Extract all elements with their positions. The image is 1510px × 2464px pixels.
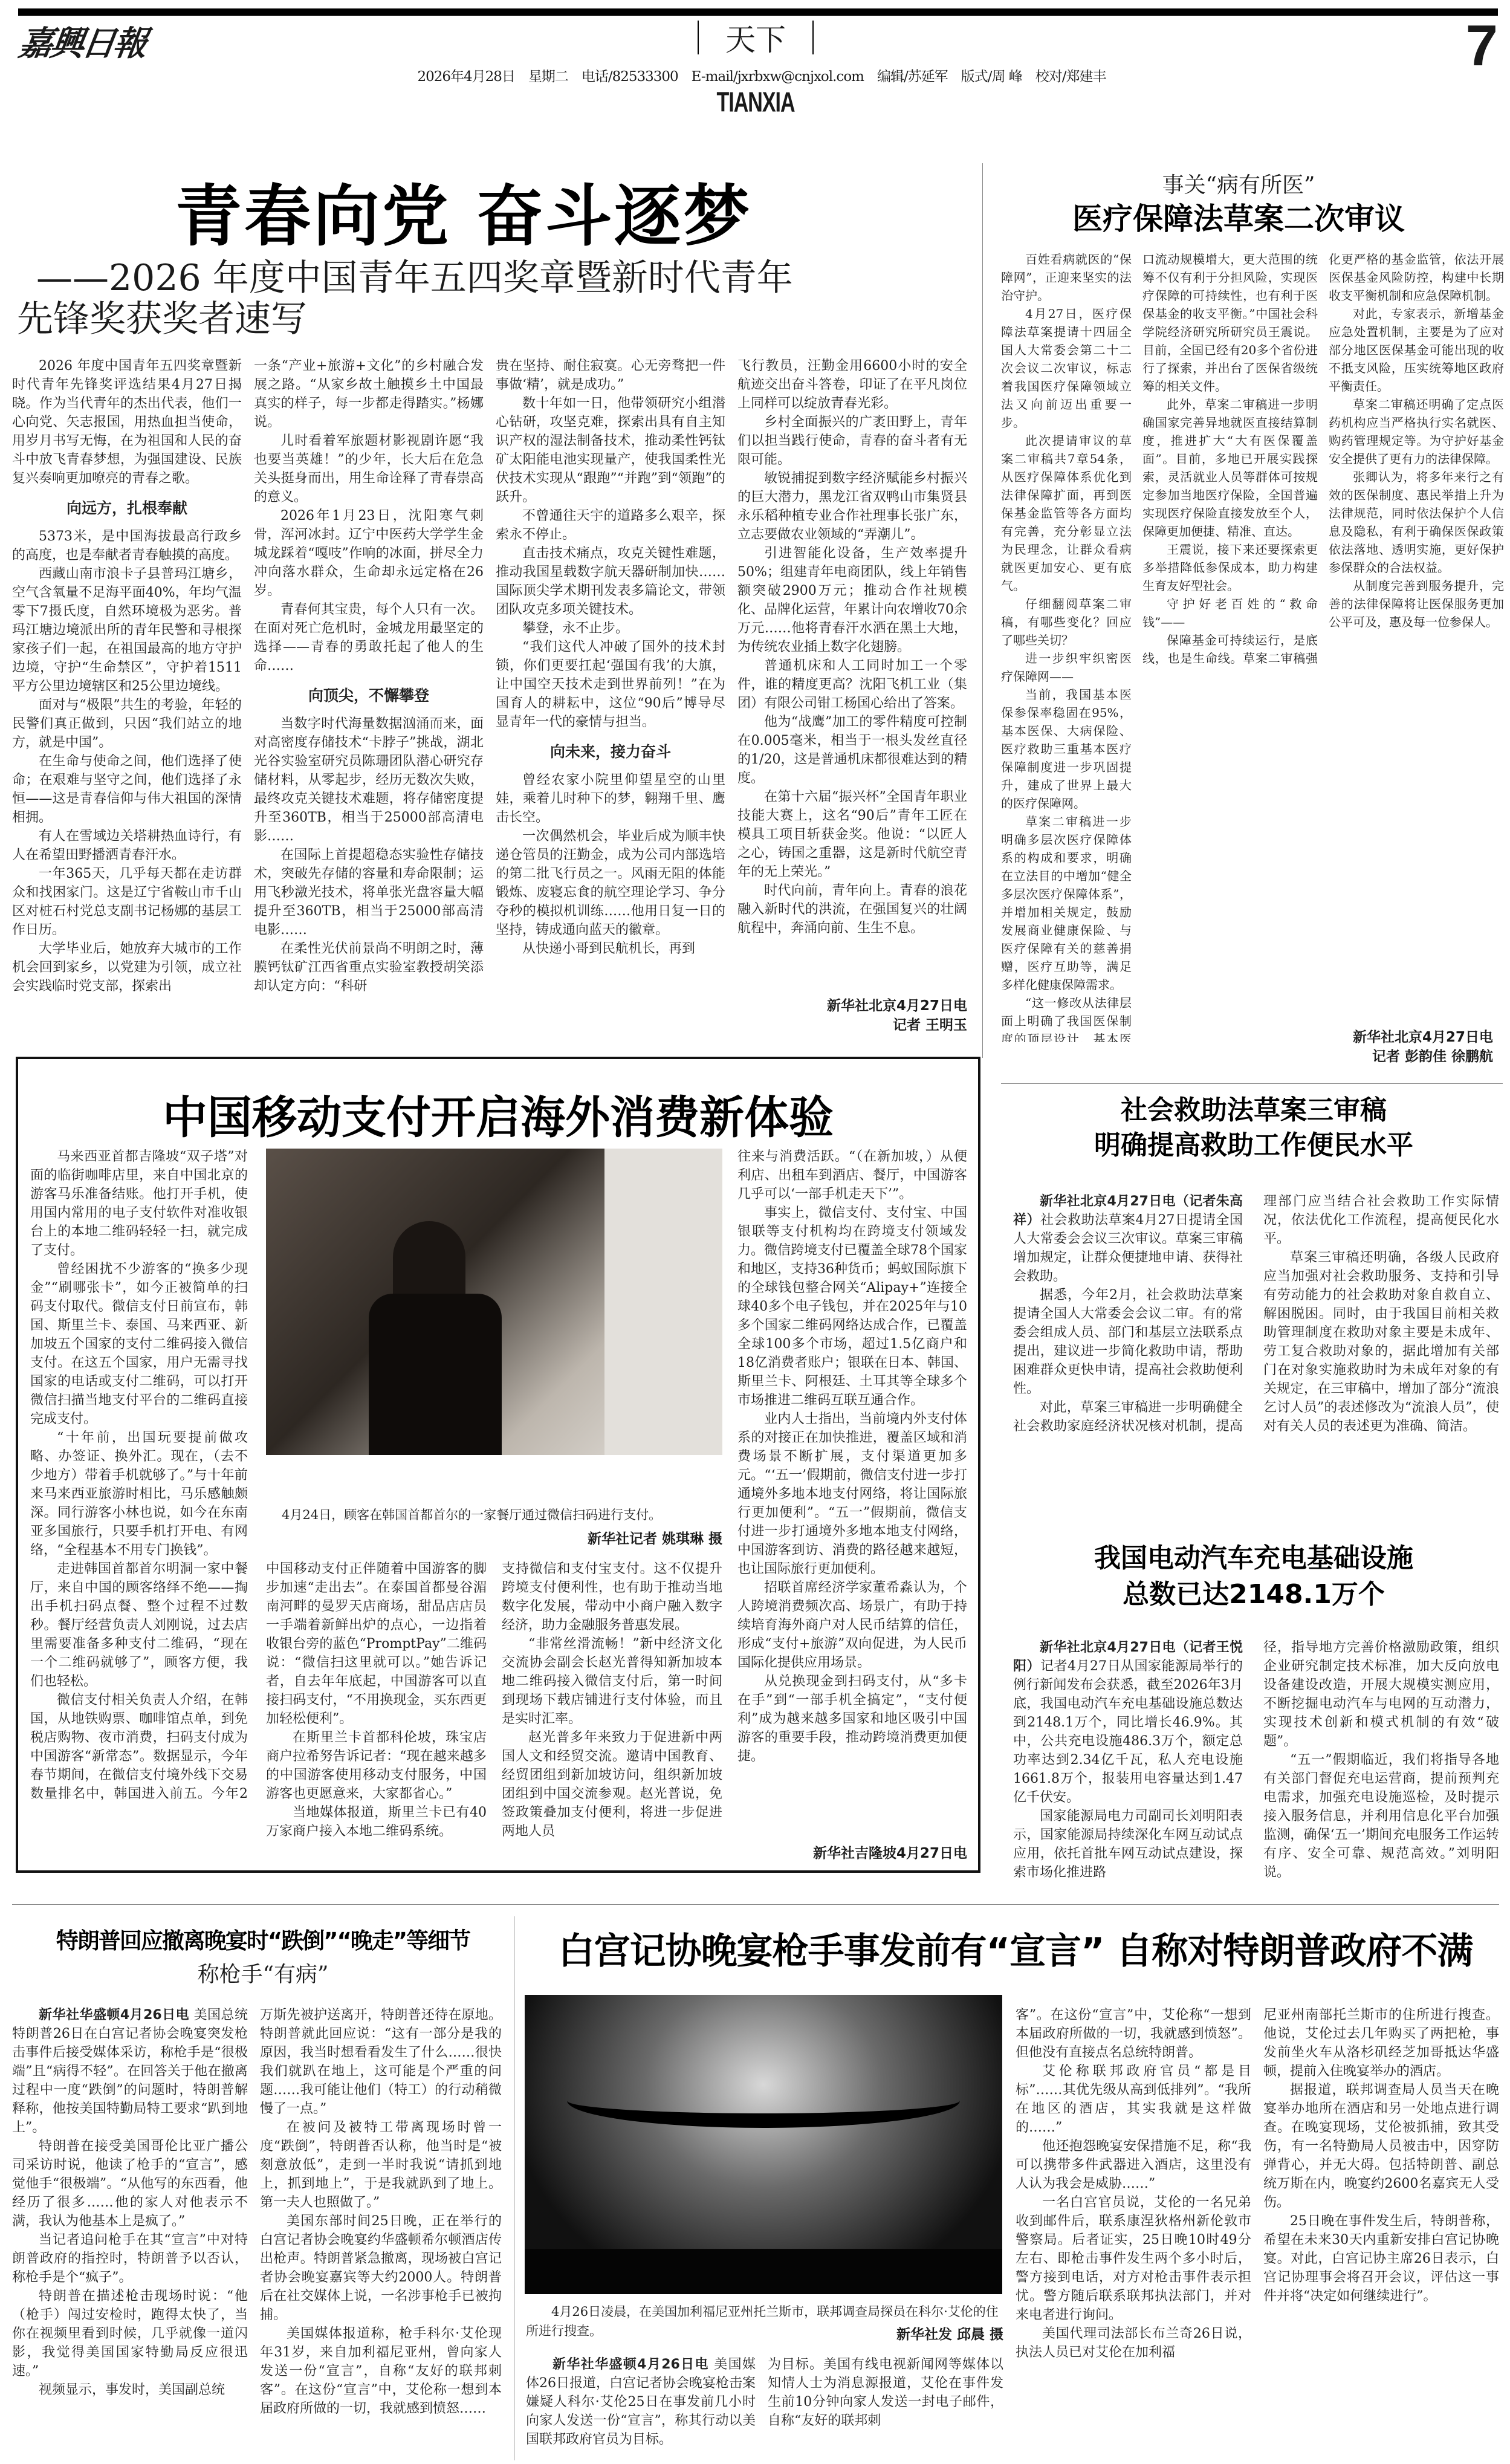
- paragraph: 他还抱怨晚宴安保措施不足，称“我可以携带多件武器进入酒店，这里没有人认为我会是威…: [1016, 2137, 1251, 2193]
- page-number: 7: [1466, 17, 1498, 75]
- newspaper-logo: 嘉興日報: [16, 17, 148, 65]
- social-aid-column-1: 新华社北京4月27日电（记者朱高祥）社会救助法草案4月27日提请全国人大常委会会…: [1013, 1192, 1243, 1434]
- whca-photo: [525, 1995, 1002, 2294]
- trump-column-2: 万斯先被护送离开，特朗普还待在原地。特朗普就此回应说：“这有一部分是我的原因，我…: [260, 2006, 502, 2459]
- paragraph: 口流动规模增大，更大范围的统筹不仅有利于分担风险，实现医疗保障的可持续性，也有利…: [1142, 250, 1318, 395]
- youth-column-4: 飞行教员，汪勤金用6600小时的安全航迹交出奋斗答卷，印证了在平凡岗位上同样可以…: [737, 357, 967, 1052]
- trump-headline: 特朗普回应撤离晚宴时“跌倒”“晚走”等细节: [12, 1922, 514, 1955]
- photo-foreground: [604, 1149, 722, 1455]
- trump-column-1: 新华社华盛顿4月26日电 美国总统特朗普26日在白宫记者协会晚宴突发枪击事件后接…: [12, 2006, 248, 2459]
- mobile-pay-column-4: 往来与消费活跃。“（在新加坡，）从便利店、出租车到酒店、餐厅，中国游客几乎可以‘…: [737, 1147, 967, 1837]
- paragraph: 事实上，微信支付、支付宝、中国银联等支付机构均在跨境支付领域发力。微信跨境支付已…: [737, 1204, 967, 1410]
- paragraph: 艾伦称联邦政府官员“都是目标”……其优先级从高到低排列”。“我所在地区的酒店，其…: [1016, 2062, 1251, 2137]
- paragraph: “这一修改从法律层面上明确了我国医保制度的顶层设计，基本医保为主体，大病保险、医…: [1001, 994, 1132, 1042]
- paragraph: 张卿认为，将多年来行之有效的医保制度、惠民举措上升为法律规范，同时依法保护个人信…: [1329, 468, 1504, 577]
- paragraph: 万斯先被护送离开，特朗普还待在原地。特朗普就此回应说：“这有一部分是我的原因，我…: [260, 2006, 502, 2118]
- paragraph: 理部门应当结合社会救助工作实际情况，依法优化工作流程，提高便民化水平。: [1263, 1192, 1499, 1248]
- paragraph: 新华社北京4月27日电（记者朱高祥）社会救助法草案4月27日提请全国人大常委会会…: [1013, 1192, 1243, 1286]
- paragraph: 据报道，联邦调查局人员当天在晚宴举办地所在酒店和另一处地点进行调查。在晚宴现场，…: [1263, 2081, 1499, 2212]
- medical-column-1: 百姓看病就医的“保障网”，正迎来坚实的法治守护。 4月27日，医疗保障法草案提请…: [1001, 250, 1132, 1042]
- mobile-pay-headline: 中国移动支付开启海外消费新体验: [16, 1082, 980, 1146]
- paragraph: 数十年如一日，他带领研究小组潜心钻研，攻坚克难，探索出具有自主知识产权的湿法制备…: [496, 394, 725, 507]
- paragraph: “五一”假期临近，我们将指导各地有关部门督促充电运营商，提前预判充电需求，加强充…: [1263, 1751, 1499, 1882]
- photo-figure-body: [369, 1294, 502, 1455]
- whca-column-4: 尼亚州南部托兰斯市的住所进行搜查。他说，艾伦过去几年购买了两把枪，事发前坐火车从…: [1263, 2006, 1499, 2459]
- paragraph: 大学毕业后，她放弃大城市的工作机会回到家乡，以党建为引领，成立社会实践临时党支部…: [12, 939, 242, 996]
- paragraph: 不曾通往天宇的道路多么艰辛，探索永不停止。: [496, 507, 725, 544]
- paragraph: “十年前，出国玩要提前做攻略、办签证、换外汇。现在，（去不少地方）带着手机就够了…: [30, 1428, 248, 1560]
- paragraph: 一条“产业+旅游+文化”的乡村融合发展之路。“从家乡故土触摸乡土中国最真实的样子…: [254, 357, 484, 432]
- mobile-pay-caption: 4月24日，顾客在韩国首都首尔的一家餐厅通过微信扫码进行支付。: [282, 1505, 723, 1525]
- headline-line-1: 我国电动汽车充电基础设施: [997, 1540, 1510, 1577]
- social-aid-headline: 社会救助法草案三审稿 明确提高救助工作便民水平: [997, 1093, 1510, 1163]
- paragraph: 儿时看着军旅题材影视剧许愿“我也要当英雄！”的少年，长大后在危急关头挺身而出，用…: [254, 432, 484, 507]
- paragraph: 客”。在这份“宣言”中，艾伦称“一想到本届政府所做的一切，我就感到愤怒”。但他没…: [1016, 2006, 1251, 2062]
- paragraph: 进一步织牢织密医疗保障网——: [1001, 649, 1132, 686]
- edition-meta: 2026年4月28日 星期二 电话/82533300 E-mail/jxrbxw…: [387, 65, 1136, 85]
- paragraph: 此次提请审议的草案二审稿共7章54条，从医疗保障体系优化到法律保障扩面，再到医保…: [1001, 432, 1132, 595]
- photo-awning: [567, 2073, 960, 2128]
- paragraph: 25日晚在事件发生后，特朗普称，希望在未来30天内重新安排白宫记协晚宴。对此，白…: [1263, 2212, 1499, 2306]
- headline-line-2: 明确提高救助工作便民水平: [997, 1128, 1510, 1163]
- medical-headline: 医疗保障法草案二次审议: [967, 195, 1510, 238]
- lead-text: 社会救助法草案4月27日提请全国人大常委会会议三次审议。草案三审稿增加规定，让群…: [1013, 1213, 1243, 1284]
- whca-photo-credit: 新华社发 邱晨 摄: [526, 2325, 1003, 2344]
- paragraph: 为目标。美国有线电视新闻网等媒体以知情人士为消息源报道，艾伦在事件发生前10分钟…: [768, 2355, 1003, 2430]
- lead-dateline: 新华社华盛顿4月26日电: [39, 2008, 189, 2023]
- paragraph: 草案二审稿进一步明确多层次医疗保障体系的构成和要求，明确在立法目的中增加“健全多…: [1001, 812, 1132, 994]
- lead-text: 美国总统特朗普26日在白宫记者协会晚宴突发枪击事件后接受媒体采访，称枪手是“很极…: [12, 2008, 248, 2135]
- paragraph: 有人在雪域边关塔耕热血诗行，有人在希望田野播洒青春汗水。: [12, 827, 242, 864]
- paragraph: 在国际上首提超稳态实验性存储技术，突破先存储的容量和寿命限制；运用飞秒激光技术，…: [254, 846, 484, 939]
- paragraph: 青春何其宝贵，每个人只有一次。在面对死亡危机时，金城龙用最坚定的选择——青春的勇…: [254, 600, 484, 675]
- paragraph: 从兑换现金到扫码支付，从“多卡在手”到“一部手机全搞定”，“支付便利”成为越来越…: [737, 1672, 967, 1766]
- whca-column-2: 为目标。美国有线电视新闻网等媒体以知情人士为消息源报道，艾伦在事件发生前10分钟…: [768, 2355, 1003, 2461]
- paragraph: 当记者追问枪手在其“宣言”中对特朗普政府的指控时，特朗普予以否认，称枪手是个“疯…: [12, 2231, 248, 2287]
- paragraph: 守护好老百姓的“救命钱”——: [1142, 595, 1318, 631]
- paragraph: 2026 年度中国青年五四奖章暨新时代青年先锋奖评选结果4月27日揭晓。作为当代…: [12, 357, 242, 488]
- paragraph: 当数字时代海量数据汹涌而来，面对高密度存储技术“卡脖子”挑战，湖北光谷实验室研究…: [254, 715, 484, 846]
- paragraph: 微信支付相关负责人介绍，在韩国，从地铁购票、咖啡馆点单，到免税店购物、夜市消费，…: [30, 1691, 248, 1800]
- section-pinyin: TIANXIA: [659, 87, 852, 119]
- paragraph: 直击技术痛点，攻克关键性难题，推动我国星载数字航天器研制加快……国际顶尖学术期刊…: [496, 544, 725, 619]
- paragraph: 美国东部时间25日晚，正在举行的白宫记者协会晚宴约华盛顿希尔顿酒店传出枪声。特朗…: [260, 2212, 502, 2324]
- reporter: 记者 彭韵佳 徐鹏航: [1142, 1047, 1493, 1066]
- paragraph: “非常丝滑流畅！”新中经济文化交流协会副会长赵光普得知新加坡本地二维码接入微信支…: [502, 1635, 722, 1728]
- reporter: 记者 王明玉: [737, 1016, 967, 1035]
- paragraph: 美国代理司法部长布兰奇26日说，执法人员已对艾伦在加利福: [1016, 2324, 1251, 2362]
- paragraph: 百姓看病就医的“保障网”，正迎来坚实的法治守护。: [1001, 250, 1132, 305]
- section-name: 天下: [725, 16, 786, 59]
- paragraph: 面对与“极限”共生的考验，年轻的民警们真正做到，只因“我们站立的地方，就是中国”…: [12, 696, 242, 752]
- paragraph: “我们这代人冲破了国外的技术封锁，你们更要扛起‘强国有我’的大旗，让中国空天技术…: [496, 638, 725, 731]
- paragraph: 中国移动支付正伴随着中国游客的脚步加速“走出去”。在泰国首都曼谷湄南河畔的曼罗天…: [266, 1560, 487, 1728]
- paragraph: 曾经困扰不少游客的“换多少现金”“刷哪张卡”，如今正被简单的扫码支付取代。微信支…: [30, 1260, 248, 1428]
- subhead: 向远方，扎根奉献: [12, 499, 242, 517]
- section-divider: [812, 21, 814, 54]
- paragraph: 在生命与使命之间，他们选择了使命；在艰难与坚守之间，他们选择了永恒——这是青春信…: [12, 752, 242, 827]
- paragraph: 当前，我国基本医保参保率稳固在95%，基本医保、大病保险、医疗救助三重基本医疗保…: [1001, 686, 1132, 812]
- medical-column-2: 口流动规模增大，更大范围的统筹不仅有利于分担风险，实现医疗保障的可持续性，也有利…: [1142, 250, 1504, 1042]
- masthead-top-rule: [18, 8, 1498, 16]
- paragraph: 西藏山南市浪卡子县普玛江塘乡，空气含氧量不足海平面40%，年均气温零下7摄氏度，…: [12, 565, 242, 696]
- paragraph: 引进智能化设备，生产效率提升50%；组建青年电商团队，线上年销售额突破2900万…: [737, 544, 967, 657]
- paragraph: 乡村全面振兴的广袤田野上，青年们以担当践行使命，青春的奋斗者有无限可能。: [737, 413, 967, 469]
- paragraph: 在柔性光伏前景尚不明朗之时，薄膜钙钛矿江西省重点实验室教授胡笑添却认定方向：“科…: [254, 939, 484, 996]
- paragraph: 对此，草案三审稿进一步明确健全社会救助家庭经济状况核对机制，提高社会救助审核确认…: [1013, 1398, 1243, 1434]
- headline-line-2: 总数已达2148.1万个: [997, 1577, 1510, 1613]
- paragraph: 贵在坚持、耐住寂寞。心无旁骛把一件事做‘精’，就是成功。”: [496, 357, 725, 394]
- paragraph: 敏锐捕捉到数字经济赋能乡村振兴的巨大潜力，黑龙江省双鸭山市集贤县永乐稻种植专业合…: [737, 469, 967, 544]
- paragraph: 特朗普在接受美国哥伦比亚广播公司采访时说，他读了枪手的“宣言”，感觉他手“很极端…: [12, 2137, 248, 2231]
- mobile-pay-photo: [266, 1149, 722, 1455]
- section-divider: [1001, 1083, 1503, 1084]
- paragraph: 仔细翻阅草案二审稿，有哪些变化？回应了哪些关切？: [1001, 595, 1132, 649]
- section-divider: [698, 21, 699, 54]
- mobile-pay-dateline: 新华社吉隆坡4月27日电: [737, 1844, 967, 1863]
- paragraph: 草案三审稿还明确，各级人民政府应当加强对社会救助服务、支持和引导有劳动能力的社会…: [1263, 1248, 1499, 1434]
- paragraph: 5373米，是中国海拔最高行政乡的高度，也是奉献者青春触摸的高度。: [12, 527, 242, 565]
- paragraph: 当地媒体报道，斯里兰卡已有40万家商户接入本地二维码系统。: [266, 1803, 487, 1841]
- trump-subheadline: 称枪手“有病”: [12, 1957, 514, 1988]
- paragraph: 新华社北京4月27日电（记者王悦阳）记者4月27日从国家能源局举行的例行新闻发布…: [1013, 1638, 1243, 1807]
- column-divider: [982, 163, 983, 1058]
- paragraph: 他为“战鹰”加工的零件精度可控制在0.005毫米，相当于一根头发丝直径的1/20…: [737, 713, 967, 788]
- headline-line-1: 社会救助法草案三审稿: [997, 1093, 1510, 1128]
- paragraph: 在斯里兰卡首都科伦坡，珠宝店商户拉希努告诉记者：“现在越来越多的中国游客使用移动…: [266, 1728, 487, 1803]
- subhead: 向未来，接力奋斗: [496, 742, 725, 761]
- paragraph: 草案二审稿还明确了定点医药机构应当严格执行实名就医、购药管理规定等。为守护好基金…: [1329, 395, 1504, 468]
- paragraph: 普通机床和人工同时加工一个零件，谁的精度更高？沈阳飞机工业（集团）有限公司钳工杨…: [737, 657, 967, 713]
- mobile-pay-column-3: 支持微信和支付宝支付。这不仅提升跨境支付便利性，也有助于推动当地数字化发展，带动…: [502, 1560, 722, 1862]
- mobile-pay-column-1: 马来西亚首都吉隆坡“双子塔”对面的临街咖啡店里，来自中国北京的游客马乐准备结账。…: [30, 1147, 248, 1800]
- paragraph: 据悉，今年2月，社会救助法草案提请全国人大常委会会议二审。有的常委会组成人员、部…: [1013, 1286, 1243, 1398]
- dateline: 新华社北京4月27日电: [737, 996, 967, 1016]
- paragraph: 对此，专家表示，新增基金应急处置机制，主要是为了应对部分地区医保基金可能出现的收…: [1329, 305, 1504, 395]
- paragraph: 时代向前，青年向上。青春的浪花融入新时代的洪流，在强国复兴的壮阔航程中，奔涌向前…: [737, 881, 967, 938]
- paragraph: 业内人士指出，当前境内外支付体系的对接正在加快推进，覆盖区域和消费场景不断扩展，…: [737, 1410, 967, 1578]
- paragraph: 国家能源局电力司副司长刘明阳表示，国家能源局持续深化车网互动试点应用，依托首批车…: [1013, 1807, 1243, 1882]
- youth-headline: 青春向党 奋斗逐梦: [175, 163, 752, 259]
- youth-dateline: 新华社北京4月27日电 记者 王明玉: [737, 996, 967, 1035]
- paragraph: 从制度完善到服务提升，完善的法律保障将让医保服务更加公平可及，惠及每一位参保人。: [1329, 577, 1504, 631]
- medical-dateline: 新华社北京4月27日电 记者 彭韵佳 徐鹏航: [1142, 1028, 1493, 1066]
- dateline: 新华社北京4月27日电: [1142, 1028, 1493, 1047]
- paragraph: 往来与消费活跃。“（在新加坡，）从便利店、出租车到酒店、餐厅，中国游客几乎可以‘…: [737, 1147, 967, 1204]
- paragraph: 曾经农家小院里仰望星空的山里娃，乘着儿时种下的梦，翱翔千里、鹰击长空。: [496, 771, 725, 827]
- paragraph: 视频显示，事发时，美国副总统: [12, 2381, 248, 2399]
- photo-figure-head: [393, 1221, 465, 1306]
- paragraph: 王震说，接下来还要探索更多举措降低参保成本，助力构建生育友好型社会。: [1142, 540, 1318, 595]
- paragraph: 特朗普在描述枪击现场时说：“他（枪手）闯过安检时，跑得太快了，当你在视频里看到时…: [12, 2287, 248, 2381]
- paragraph: 在第十六届“振兴杯”全国青年职业技能大赛上，这名“90后”青年工匠在模具工项目斩…: [737, 788, 967, 881]
- paragraph: 尼亚州南部托兰斯市的住所进行搜查。他说，艾伦过去几年购买了两把枪，事发前坐火车从…: [1263, 2006, 1499, 2081]
- paragraph: 走进韩国首都首尔明洞一家中餐厅，来自中国的顾客络绎不绝——掏出手机扫码点餐、整个…: [30, 1560, 248, 1691]
- paragraph: 在被问及被特工带离现场时曾一度“跌倒”，特朗普否认称，他当时是“被刻意放低”，走…: [260, 2118, 502, 2212]
- section-divider: [12, 1904, 1499, 1905]
- paragraph: 招联首席经济学家董希淼认为，个人跨境消费频次高、场景广，有助于持续培育海外商户对…: [737, 1578, 967, 1672]
- photo-foreground: [525, 2249, 1002, 2294]
- social-aid-column-2: 理部门应当结合社会救助工作实际情况，依法优化工作流程，提高便民化水平。 草案三审…: [1263, 1192, 1499, 1434]
- paragraph: 马来西亚首都吉隆坡“双子塔”对面的临街咖啡店里，来自中国北京的游客马乐准备结账。…: [30, 1147, 248, 1260]
- paragraph: 美国媒体报道称，枪手科尔·艾伦现年31岁，来自加利福尼亚州，曾向家人发送一份“宣…: [260, 2324, 502, 2418]
- paragraph: 4月27日，医疗保障法草案提请十四届全国人大常委会第二十二次会议二次审议，标志着…: [1001, 305, 1132, 432]
- column-divider: [514, 1916, 514, 2460]
- youth-subtitle-2: 先锋奖获奖者速写: [17, 290, 307, 342]
- whca-column-3: 客”。在这份“宣言”中，艾伦称“一想到本届政府所做的一切，我就感到愤怒”。但他没…: [1016, 2006, 1251, 2459]
- paragraph: 2026年1月23日，沈阳寒气刺骨，浑河冰封。辽宁中医药大学学生金城龙踩着“嘎吱…: [254, 507, 484, 600]
- mobile-pay-column-2: 中国移动支付正伴随着中国游客的脚步加速“走出去”。在泰国首都曼谷湄南河畔的曼罗天…: [266, 1560, 487, 1862]
- paragraph: 攀登，永不止步。: [496, 619, 725, 638]
- paragraph: 飞行教员，汪勤金用6600小时的安全航迹交出奋斗答卷，印证了在平凡岗位上同样可以…: [737, 357, 967, 413]
- youth-column-3: 贵在坚持、耐住寂寞。心无旁骛把一件事做‘精’，就是成功。” 数十年如一日，他带领…: [496, 357, 725, 1052]
- paragraph: 一次偶然机会，毕业后成为顺丰快递仓管员的汪勤金，成为公司内部选培的第二批飞行员之…: [496, 827, 725, 939]
- paragraph: 径，指导地方完善价格激励政策，组织企业研究制定技术标准，加大反向放电设备建设改造…: [1263, 1638, 1499, 1751]
- lead-text: 记者4月27日从国家能源局举行的例行新闻发布会获悉，截至2026年3月底，我国电…: [1013, 1659, 1243, 1805]
- whca-headline: 白宫记协晚宴枪手事发前有“宣言” 自称对特朗普政府不满: [526, 1922, 1505, 1974]
- youth-column-1: 2026 年度中国青年五四奖章暨新时代青年先锋奖评选结果4月27日揭晓。作为当代…: [12, 357, 242, 1052]
- ev-headline: 我国电动汽车充电基础设施 总数已达2148.1万个: [997, 1540, 1510, 1613]
- paragraph: 新华社华盛顿4月26日电 美国总统特朗普26日在白宫记者协会晚宴突发枪击事件后接…: [12, 2006, 248, 2137]
- ev-column-1: 新华社北京4月27日电（记者王悦阳）记者4月27日从国家能源局举行的例行新闻发布…: [1013, 1638, 1243, 1892]
- youth-column-2: 一条“产业+旅游+文化”的乡村融合发展之路。“从家乡故土触摸乡土中国最真实的样子…: [254, 357, 484, 1052]
- ev-column-2: 径，指导地方完善价格激励政策，组织企业研究制定技术标准，加大反向放电设备建设改造…: [1263, 1638, 1499, 1892]
- paragraph: 一名白宫官员说，艾伦的一名兄弟收到邮件后，联系康涅狄格州新伦敦市警察局。后者证实…: [1016, 2193, 1251, 2324]
- paragraph: 支持微信和支付宝支付。这不仅提升跨境支付便利性，也有助于推动当地数字化发展，带动…: [502, 1560, 722, 1635]
- paragraph: 一年365天，几乎每天都在走访群众和找困家门。这是辽宁省鞍山市千山区对桩石村党总…: [12, 864, 242, 939]
- paragraph: 从快递小哥到民航机长，再到: [496, 939, 725, 958]
- lead-dateline: 新华社华盛顿4月26日电: [552, 2357, 709, 2372]
- whca-column-1: 新华社华盛顿4月26日电 美国媒体26日报道，白宫记者协会晚宴枪击案嫌疑人科尔·…: [526, 2355, 756, 2461]
- subhead: 向顶尖，不懈攀登: [254, 686, 484, 705]
- section-title: 天下: [665, 19, 846, 56]
- paragraph: 赵光普多年来致力于促进新中两国人文和经贸交流。邀请中国教育、经贸团组到新加坡访问…: [502, 1728, 722, 1841]
- paragraph: 新华社华盛顿4月26日电 美国媒体26日报道，白宫记者协会晚宴枪击案嫌疑人科尔·…: [526, 2355, 756, 2449]
- paragraph: 此外，草案二审稿进一步明确国家完善异地就医直接结算制度，推进扩大“大有医保覆盖面…: [1142, 395, 1318, 540]
- mobile-pay-photo-credit: 新华社记者 姚琪琳 摄: [266, 1529, 722, 1549]
